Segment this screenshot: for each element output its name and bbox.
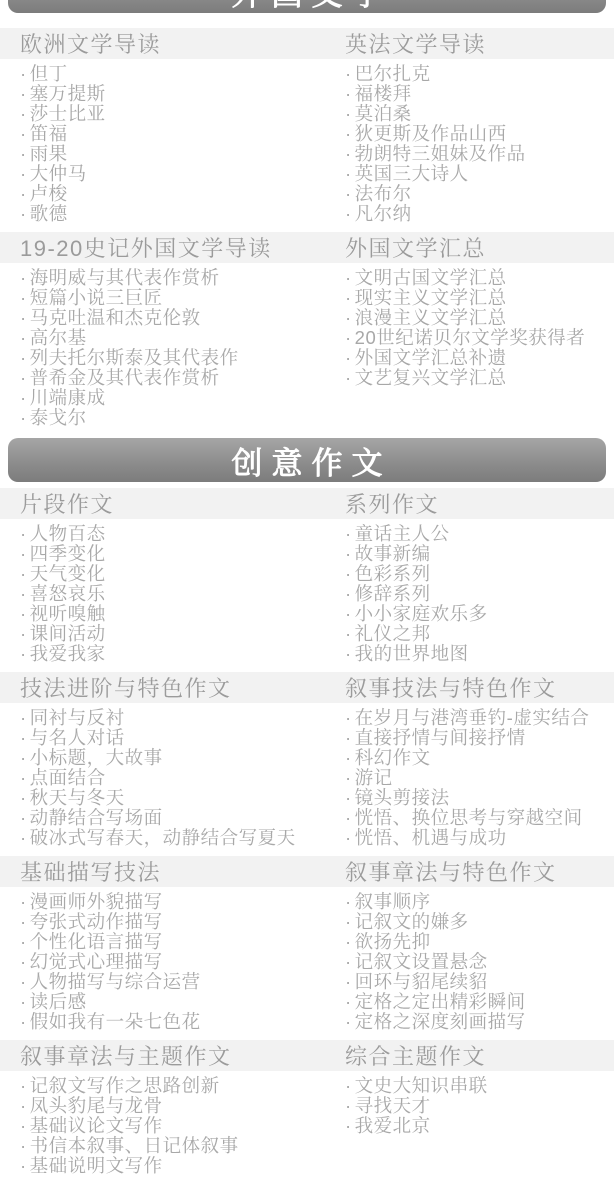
list-item-label: 个性化语言描写: [30, 931, 163, 952]
list-item-label: 漫画师外貌描写: [30, 891, 163, 912]
section-banner: 外国文学: [8, 0, 606, 13]
list-item-label: 凤头豹尾与龙骨: [30, 1095, 163, 1116]
bullet-icon: ·: [345, 287, 352, 308]
list-item-label: 马克吐温和杰克伦敦: [30, 307, 201, 328]
bullet-icon: ·: [20, 991, 27, 1012]
list-item: ·但丁: [20, 64, 307, 84]
bullet-icon: ·: [20, 407, 27, 428]
bullet-icon: ·: [345, 103, 352, 124]
list-item: ·文明古国文学汇总: [345, 268, 614, 288]
list-item-label: 现实主义文学汇总: [355, 287, 507, 308]
list-item: ·欲扬先抑: [345, 932, 614, 952]
list-item: ·我的世界地图: [345, 644, 614, 664]
list-item: ·列夫托尔斯泰及其代表作: [20, 348, 307, 368]
list-item: ·法布尔: [345, 184, 614, 204]
list-item-label: 我爱我家: [30, 643, 106, 664]
list-item-label: 童话主人公: [355, 523, 450, 544]
column-header-right: 英法文学导读: [307, 28, 614, 59]
list-item: ·雨果: [20, 144, 307, 164]
list-item: ·文史大知识串联: [345, 1076, 614, 1096]
list-item-label: 文明古国文学汇总: [355, 267, 507, 288]
column-header-row: 基础描写技法叙事章法与特色作文: [0, 856, 614, 887]
list-item-label: 定格之深度刻画描写: [355, 1011, 526, 1032]
bullet-icon: ·: [20, 103, 27, 124]
banner-title: 创意作文: [223, 438, 392, 483]
topic-list-row: ·人物百态·四季变化·天气变化·喜怒哀乐·视听嗅触·课间活动·我爱我家·童话主人…: [0, 519, 614, 672]
list-item: ·童话主人公: [345, 524, 614, 544]
bullet-icon: ·: [20, 787, 27, 808]
list-item: ·短篇小说三巨匠: [20, 288, 307, 308]
bullet-icon: ·: [20, 827, 27, 848]
bullet-icon: ·: [345, 767, 352, 788]
bullet-icon: ·: [20, 183, 27, 204]
list-item-label: 欲扬先抑: [355, 931, 431, 952]
bullet-icon: ·: [20, 623, 27, 644]
bullet-icon: ·: [345, 643, 352, 664]
list-item: ·歌德: [20, 204, 307, 224]
list-item: ·大仲马: [20, 164, 307, 184]
column-header-right: 叙事章法与特色作文: [307, 856, 614, 887]
list-item-label: 恍悟、机遇与成功: [355, 827, 507, 848]
bullet-icon: ·: [20, 971, 27, 992]
list-item-label: 叙事顺序: [355, 891, 431, 912]
bullet-icon: ·: [20, 707, 27, 728]
list-item-label: 文艺复兴文学汇总: [355, 367, 507, 388]
list-item-label: 假如我有一朵七色花: [30, 1011, 201, 1032]
list-item: ·川端康成: [20, 388, 307, 408]
list-item: ·秋天与冬天: [20, 788, 307, 808]
bullet-icon: ·: [345, 583, 352, 604]
list-item: ·同衬与反衬: [20, 708, 307, 728]
topic-list-right: ·在岁月与港湾垂钓-虚实结合·直接抒情与间接抒情·科幻作文·游记·镜头剪接法·恍…: [307, 708, 614, 848]
list-item: ·勃朗特三姐妹及作品: [345, 144, 614, 164]
list-item: ·记叙文的嫌多: [345, 912, 614, 932]
list-item: ·巴尔扎克: [345, 64, 614, 84]
list-item-label: 凡尔纳: [355, 203, 412, 224]
topic-list-right: ·童话主人公·故事新编·色彩系列·修辞系列·小小家庭欢乐多·礼仪之邦·我的世界地…: [307, 524, 614, 664]
list-item: ·寻找天才: [345, 1096, 614, 1116]
list-item-label: 川端康成: [30, 387, 106, 408]
topic-list-right: ·文明古国文学汇总·现实主义文学汇总·浪漫主义文学汇总·20世纪诺贝尔文学奖获得…: [307, 268, 614, 428]
list-item-label: 科幻作文: [355, 747, 431, 768]
bullet-icon: ·: [20, 767, 27, 788]
bullet-icon: ·: [20, 1155, 27, 1176]
bullet-icon: ·: [20, 523, 27, 544]
list-item-label: 读后感: [30, 991, 87, 1012]
list-item: ·凡尔纳: [345, 204, 614, 224]
column-header-left: 欧洲文学导读: [0, 28, 307, 59]
topic-list-left: ·人物百态·四季变化·天气变化·喜怒哀乐·视听嗅触·课间活动·我爱我家: [0, 524, 307, 664]
list-item: ·小标题，大故事: [20, 748, 307, 768]
bullet-icon: ·: [345, 991, 352, 1012]
list-item: ·喜怒哀乐: [20, 584, 307, 604]
bullet-icon: ·: [345, 623, 352, 644]
list-item: ·假如我有一朵七色花: [20, 1012, 307, 1032]
list-item-label: 基础议论文写作: [30, 1115, 163, 1136]
list-item: ·直接抒情与间接抒情: [345, 728, 614, 748]
column-header-left: 19-20史记外国文学导读: [0, 232, 307, 263]
list-item-label: 视听嗅触: [30, 603, 106, 624]
list-item: ·人物描写与综合运营: [20, 972, 307, 992]
column-header-right: 综合主题作文: [307, 1040, 614, 1071]
list-item: ·我爱我家: [20, 644, 307, 664]
bullet-icon: ·: [345, 931, 352, 952]
column-header-left: 片段作文: [0, 488, 307, 519]
list-item: ·破冰式写春天，动静结合写夏天: [20, 828, 307, 848]
list-item: ·礼仪之邦: [345, 624, 614, 644]
list-item-label: 记叙文的嫌多: [355, 911, 469, 932]
list-item-label: 狄更斯及作品山西: [355, 123, 507, 144]
list-item: ·外国文学汇总补遗: [345, 348, 614, 368]
section-banner: 创意作文: [8, 438, 606, 482]
bullet-icon: ·: [345, 523, 352, 544]
list-item-label: 四季变化: [30, 543, 106, 564]
bullet-icon: ·: [20, 163, 27, 184]
list-item: ·泰戈尔: [20, 408, 307, 428]
bullet-icon: ·: [345, 807, 352, 828]
bullet-icon: ·: [345, 951, 352, 972]
list-item: ·狄更斯及作品山西: [345, 124, 614, 144]
list-item-label: 塞万提斯: [30, 83, 106, 104]
list-item: ·四季变化: [20, 544, 307, 564]
column-header-right: 系列作文: [307, 488, 614, 519]
topic-list-row: ·同衬与反衬·与名人对话·小标题，大故事·点面结合·秋天与冬天·动静结合写场面·…: [0, 703, 614, 856]
list-item: ·镜头剪接法: [345, 788, 614, 808]
list-item-label: 我爱北京: [355, 1115, 431, 1136]
list-item: ·基础说明文写作: [20, 1156, 307, 1176]
list-item: ·与名人对话: [20, 728, 307, 748]
list-item-label: 修辞系列: [355, 583, 431, 604]
topic-list-right: ·巴尔扎克·福楼拜·莫泊桑·狄更斯及作品山西·勃朗特三姐妹及作品·英国三大诗人·…: [307, 64, 614, 224]
bullet-icon: ·: [20, 563, 27, 584]
course-catalog: 外国文学欧洲文学导读英法文学导读·但丁·塞万提斯·莎士比亚·笛福·雨果·大仲马·…: [0, 0, 614, 1187]
bullet-icon: ·: [345, 143, 352, 164]
list-item-label: 大仲马: [30, 163, 87, 184]
list-item-label: 定格之定出精彩瞬间: [355, 991, 526, 1012]
column-header-row: 片段作文系列作文: [0, 488, 614, 519]
list-item: ·记叙文写作之思路创新: [20, 1076, 307, 1096]
bullet-icon: ·: [20, 1011, 27, 1032]
bullet-icon: ·: [20, 643, 27, 664]
bullet-icon: ·: [345, 707, 352, 728]
list-item-label: 点面结合: [30, 767, 106, 788]
list-item: ·莎士比亚: [20, 104, 307, 124]
list-item: ·回环与貂尾续貂: [345, 972, 614, 992]
column-header-row: 19-20史记外国文学导读外国文学汇总: [0, 232, 614, 263]
list-item: ·点面结合: [20, 768, 307, 788]
bullet-icon: ·: [345, 727, 352, 748]
bullet-icon: ·: [345, 267, 352, 288]
list-item: ·色彩系列: [345, 564, 614, 584]
list-item-label: 书信本叙事、日记体叙事: [30, 1135, 239, 1156]
list-item-label: 秋天与冬天: [30, 787, 125, 808]
bullet-icon: ·: [20, 1095, 27, 1116]
bullet-icon: ·: [20, 747, 27, 768]
list-item-label: 列夫托尔斯泰及其代表作: [30, 347, 239, 368]
list-item-label: 海明威与其代表作赏析: [30, 267, 220, 288]
bullet-icon: ·: [345, 327, 352, 348]
bullet-icon: ·: [345, 1115, 352, 1136]
list-item-label: 动静结合写场面: [30, 807, 163, 828]
list-item-label: 英国三大诗人: [355, 163, 469, 184]
list-item: ·卢梭: [20, 184, 307, 204]
bullet-icon: ·: [20, 307, 27, 328]
bullet-icon: ·: [20, 123, 27, 144]
list-item-label: 卢梭: [30, 183, 68, 204]
list-item: ·漫画师外貌描写: [20, 892, 307, 912]
list-item-label: 巴尔扎克: [355, 63, 431, 84]
bullet-icon: ·: [345, 603, 352, 624]
bullet-icon: ·: [20, 143, 27, 164]
bullet-icon: ·: [20, 203, 27, 224]
bullet-icon: ·: [345, 563, 352, 584]
bullet-icon: ·: [345, 787, 352, 808]
bullet-icon: ·: [345, 1075, 352, 1096]
list-item: ·书信本叙事、日记体叙事: [20, 1136, 307, 1156]
bullet-icon: ·: [20, 63, 27, 84]
topic-list-right: ·文史大知识串联·寻找天才·我爱北京: [307, 1076, 614, 1176]
list-item: ·读后感: [20, 992, 307, 1012]
bullet-icon: ·: [20, 727, 27, 748]
list-item-label: 泰戈尔: [30, 407, 87, 428]
list-item-label: 笛福: [30, 123, 68, 144]
list-item: ·夸张式动作描写: [20, 912, 307, 932]
bullet-icon: ·: [20, 367, 27, 388]
list-item: ·在岁月与港湾垂钓-虚实结合: [345, 708, 614, 728]
list-item-label: 与名人对话: [30, 727, 125, 748]
list-item-label: 色彩系列: [355, 563, 431, 584]
list-item: ·叙事顺序: [345, 892, 614, 912]
bullet-icon: ·: [20, 931, 27, 952]
list-item: ·记叙文设置悬念: [345, 952, 614, 972]
list-item: ·马克吐温和杰克伦敦: [20, 308, 307, 328]
topic-list-left: ·海明威与其代表作赏析·短篇小说三巨匠·马克吐温和杰克伦敦·高尔基·列夫托尔斯泰…: [0, 268, 307, 428]
list-item: ·恍悟、换位思考与穿越空间: [345, 808, 614, 828]
list-item-label: 天气变化: [30, 563, 106, 584]
list-item-label: 但丁: [30, 63, 68, 84]
list-item: ·幻觉式心理描写: [20, 952, 307, 972]
bullet-icon: ·: [20, 807, 27, 828]
topic-list-left: ·但丁·塞万提斯·莎士比亚·笛福·雨果·大仲马·卢梭·歌德: [0, 64, 307, 224]
list-item-label: 寻找天才: [355, 1095, 431, 1116]
bullet-icon: ·: [345, 163, 352, 184]
list-item-label: 普希金及其代表作赏析: [30, 367, 220, 388]
topic-list-row: ·漫画师外貌描写·夸张式动作描写·个性化语言描写·幻觉式心理描写·人物描写与综合…: [0, 887, 614, 1040]
list-item-label: 勃朗特三姐妹及作品: [355, 143, 526, 164]
list-item-label: 人物描写与综合运营: [30, 971, 201, 992]
list-item-label: 短篇小说三巨匠: [30, 287, 163, 308]
list-item-label: 在岁月与港湾垂钓-虚实结合: [355, 707, 590, 728]
list-item: ·动静结合写场面: [20, 808, 307, 828]
list-item: ·高尔基: [20, 328, 307, 348]
list-item: ·塞万提斯: [20, 84, 307, 104]
bullet-icon: ·: [20, 387, 27, 408]
bullet-icon: ·: [20, 327, 27, 348]
column-header-right: 叙事技法与特色作文: [307, 672, 614, 703]
column-header-left: 技法进阶与特色作文: [0, 672, 307, 703]
list-item-label: 20世纪诺贝尔文学奖获得者: [355, 327, 586, 348]
bullet-icon: ·: [345, 203, 352, 224]
list-item: ·人物百态: [20, 524, 307, 544]
column-header-row: 技法进阶与特色作文叙事技法与特色作文: [0, 672, 614, 703]
list-item-label: 雨果: [30, 143, 68, 164]
topic-list-left: ·同衬与反衬·与名人对话·小标题，大故事·点面结合·秋天与冬天·动静结合写场面·…: [0, 708, 307, 848]
topic-list-left: ·记叙文写作之思路创新·凤头豹尾与龙骨·基础议论文写作·书信本叙事、日记体叙事·…: [0, 1076, 307, 1176]
bullet-icon: ·: [345, 83, 352, 104]
bullet-icon: ·: [345, 367, 352, 388]
list-item-label: 法布尔: [355, 183, 412, 204]
topic-list-right: ·叙事顺序·记叙文的嫌多·欲扬先抑·记叙文设置悬念·回环与貂尾续貂·定格之定出精…: [307, 892, 614, 1032]
list-item-label: 外国文学汇总补遗: [355, 347, 507, 368]
list-item-label: 歌德: [30, 203, 68, 224]
list-item: ·英国三大诗人: [345, 164, 614, 184]
column-header-row: 欧洲文学导读英法文学导读: [0, 28, 614, 59]
column-header-row: 叙事章法与主题作文综合主题作文: [0, 1040, 614, 1071]
bullet-icon: ·: [345, 123, 352, 144]
bullet-icon: ·: [20, 543, 27, 564]
list-item: ·小小家庭欢乐多: [345, 604, 614, 624]
bullet-icon: ·: [20, 1075, 27, 1096]
bullet-icon: ·: [20, 911, 27, 932]
list-item: ·故事新编: [345, 544, 614, 564]
topic-list-row: ·记叙文写作之思路创新·凤头豹尾与龙骨·基础议论文写作·书信本叙事、日记体叙事·…: [0, 1071, 614, 1184]
list-item-label: 破冰式写春天，动静结合写夏天: [30, 827, 296, 848]
bullet-icon: ·: [345, 1011, 352, 1032]
bullet-icon: ·: [345, 1095, 352, 1116]
list-item: ·笛福: [20, 124, 307, 144]
list-item: ·个性化语言描写: [20, 932, 307, 952]
list-item: ·我爱北京: [345, 1116, 614, 1136]
list-item: ·视听嗅触: [20, 604, 307, 624]
banner-title: 外国文学: [223, 0, 392, 13]
list-item: ·恍悟、机遇与成功: [345, 828, 614, 848]
list-item: ·现实主义文学汇总: [345, 288, 614, 308]
list-item: ·凤头豹尾与龙骨: [20, 1096, 307, 1116]
list-item: ·游记: [345, 768, 614, 788]
bullet-icon: ·: [20, 603, 27, 624]
column-header-left: 叙事章法与主题作文: [0, 1040, 307, 1071]
list-item: ·定格之定出精彩瞬间: [345, 992, 614, 1012]
topic-list-left: ·漫画师外貌描写·夸张式动作描写·个性化语言描写·幻觉式心理描写·人物描写与综合…: [0, 892, 307, 1032]
list-item: ·定格之深度刻画描写: [345, 1012, 614, 1032]
list-item-label: 记叙文设置悬念: [355, 951, 488, 972]
list-item-label: 人物百态: [30, 523, 106, 544]
list-item: ·普希金及其代表作赏析: [20, 368, 307, 388]
list-item: ·天气变化: [20, 564, 307, 584]
list-item-label: 夸张式动作描写: [30, 911, 163, 932]
bullet-icon: ·: [20, 951, 27, 972]
list-item-label: 礼仪之邦: [355, 623, 431, 644]
list-item-label: 浪漫主义文学汇总: [355, 307, 507, 328]
bullet-icon: ·: [20, 583, 27, 604]
list-item-label: 恍悟、换位思考与穿越空间: [355, 807, 583, 828]
list-item-label: 莫泊桑: [355, 103, 412, 124]
list-item-label: 我的世界地图: [355, 643, 469, 664]
list-item-label: 小标题，大故事: [30, 747, 163, 768]
list-item-label: 福楼拜: [355, 83, 412, 104]
bullet-icon: ·: [20, 267, 27, 288]
list-item-label: 游记: [355, 767, 393, 788]
bullet-icon: ·: [345, 347, 352, 368]
list-item-label: 小小家庭欢乐多: [355, 603, 488, 624]
bullet-icon: ·: [20, 287, 27, 308]
list-item-label: 莎士比亚: [30, 103, 106, 124]
list-item: ·福楼拜: [345, 84, 614, 104]
list-item: ·修辞系列: [345, 584, 614, 604]
bullet-icon: ·: [345, 307, 352, 328]
topic-list-row: ·海明威与其代表作赏析·短篇小说三巨匠·马克吐温和杰克伦敦·高尔基·列夫托尔斯泰…: [0, 263, 614, 436]
list-item-label: 课间活动: [30, 623, 106, 644]
list-item-label: 高尔基: [30, 327, 87, 348]
list-item: ·莫泊桑: [345, 104, 614, 124]
list-item: ·海明威与其代表作赏析: [20, 268, 307, 288]
bullet-icon: ·: [345, 971, 352, 992]
list-item-label: 直接抒情与间接抒情: [355, 727, 526, 748]
list-item: ·20世纪诺贝尔文学奖获得者: [345, 328, 614, 348]
list-item-label: 回环与貂尾续貂: [355, 971, 488, 992]
list-item: ·浪漫主义文学汇总: [345, 308, 614, 328]
bullet-icon: ·: [20, 891, 27, 912]
list-item-label: 镜头剪接法: [355, 787, 450, 808]
list-item-label: 记叙文写作之思路创新: [30, 1075, 220, 1096]
list-item-label: 文史大知识串联: [355, 1075, 488, 1096]
list-item-label: 基础说明文写作: [30, 1155, 163, 1176]
list-item: ·基础议论文写作: [20, 1116, 307, 1136]
bullet-icon: ·: [20, 1115, 27, 1136]
banner-bar: 创意作文: [8, 438, 606, 482]
bullet-icon: ·: [345, 543, 352, 564]
list-item-label: 喜怒哀乐: [30, 583, 106, 604]
list-item: ·文艺复兴文学汇总: [345, 368, 614, 388]
banner-bar: 外国文学: [8, 0, 606, 13]
bullet-icon: ·: [345, 183, 352, 204]
list-item-label: 同衬与反衬: [30, 707, 125, 728]
bullet-icon: ·: [345, 911, 352, 932]
bullet-icon: ·: [345, 891, 352, 912]
topic-list-row: ·但丁·塞万提斯·莎士比亚·笛福·雨果·大仲马·卢梭·歌德·巴尔扎克·福楼拜·莫…: [0, 59, 614, 232]
bullet-icon: ·: [345, 63, 352, 84]
list-item-label: 故事新编: [355, 543, 431, 564]
bullet-icon: ·: [20, 347, 27, 368]
list-item: ·科幻作文: [345, 748, 614, 768]
bullet-icon: ·: [20, 1135, 27, 1156]
column-header-right: 外国文学汇总: [307, 232, 614, 263]
column-header-left: 基础描写技法: [0, 856, 307, 887]
bullet-icon: ·: [345, 747, 352, 768]
bullet-icon: ·: [20, 83, 27, 104]
list-item: ·课间活动: [20, 624, 307, 644]
list-item-label: 幻觉式心理描写: [30, 951, 163, 972]
bullet-icon: ·: [345, 827, 352, 848]
